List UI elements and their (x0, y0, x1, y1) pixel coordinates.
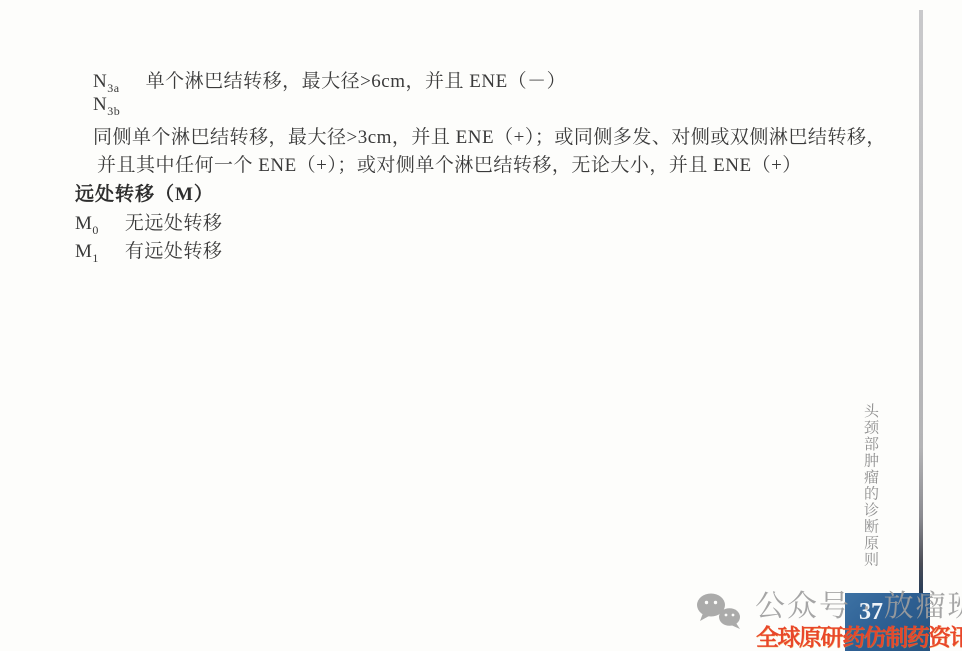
stage-description: 有远处转移 (125, 241, 223, 262)
section-heading-distant-metastasis: 远处转移（M） (75, 179, 214, 207)
text-line-n3b: N3b (93, 94, 146, 122)
stage-subscript: 0 (92, 223, 99, 237)
scanned-book-page: N3a单个淋巴结转移，最大径>6cm，并且 ENE（－） N3b 同侧单个淋巴结… (0, 0, 962, 651)
stage-description: 单个淋巴结转移，最大径>6cm，并且 ENE（－） (146, 71, 567, 92)
stage-subscript: 1 (92, 251, 99, 265)
stage-label: N (93, 94, 107, 115)
text-line-m1: M1有远处转移 (75, 236, 222, 264)
red-overlay-caption: 全球原研药仿制药资讯 (756, 619, 962, 651)
text-line-n3a: N3a单个淋巴结转移，最大径>6cm，并且 ENE（－） (93, 66, 566, 94)
text-line-n3b-desc-2: 并且其中任何一个 ENE（+）；或对侧单个淋巴结转移，无论大小，并且 ENE（+… (97, 150, 802, 178)
text-line-m0: M0无远处转移 (75, 208, 222, 236)
stage-label: M (75, 213, 92, 234)
stage-label: N (93, 71, 107, 92)
chapter-vertical-title: 头颈部肿瘤的诊断原则 (860, 403, 881, 568)
stage-description: 同侧单个淋巴结转移，最大径>3cm，并且 ENE（+）；或同侧多发、对侧或双侧淋… (93, 127, 886, 148)
margin-rule (919, 10, 923, 593)
stage-subscript: 3b (107, 104, 120, 118)
section-heading-text: 远处转移（M） (75, 184, 214, 205)
stage-label: M (75, 241, 92, 262)
stage-description: 并且其中任何一个 ENE（+）；或对侧单个淋巴结转移，无论大小，并且 ENE（+… (97, 155, 802, 176)
stage-subscript: 3a (107, 81, 119, 95)
wechat-icon (696, 592, 743, 635)
stage-description: 无远处转移 (125, 213, 223, 234)
text-line-n3b-desc-1: 同侧单个淋巴结转移，最大径>3cm，并且 ENE（+）；或同侧多发、对侧或双侧淋… (93, 122, 886, 150)
